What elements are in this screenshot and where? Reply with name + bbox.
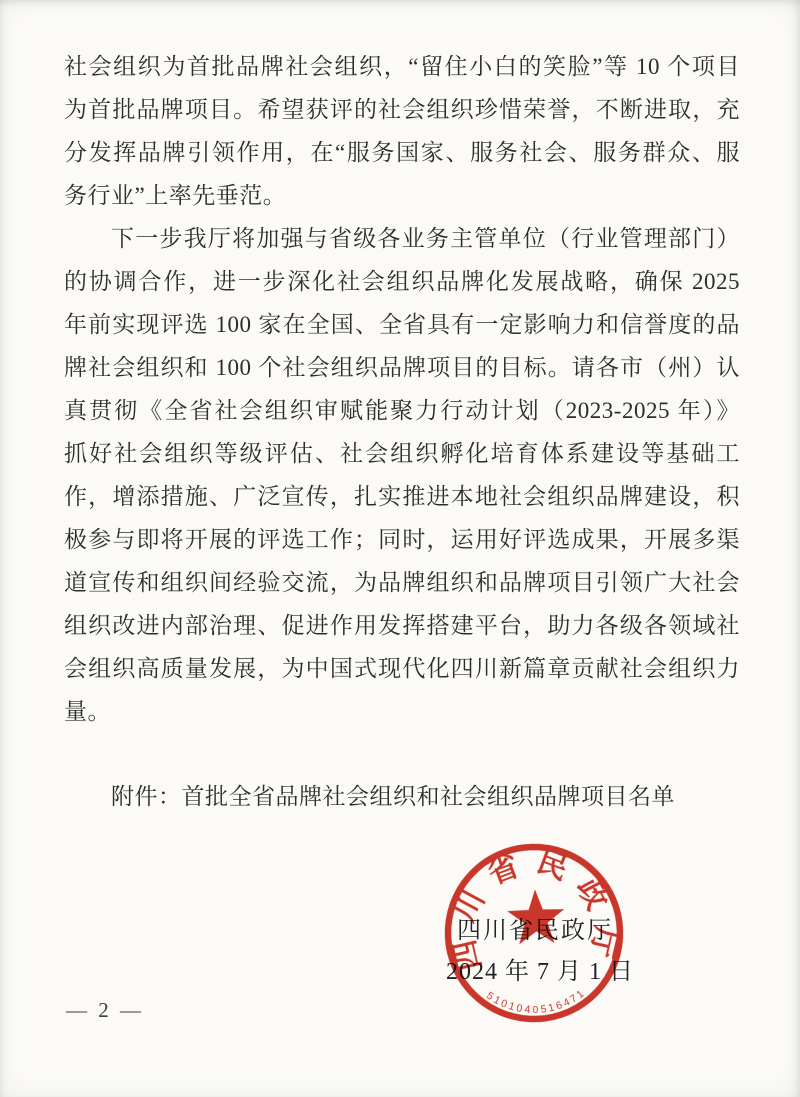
- body-line: 组织改进内部治理、促进作用发挥搭建平台，助力各级各领域社: [64, 604, 740, 647]
- body-line: 年前实现评选 100 家在全国、全省具有一定影响力和信誉度的品: [64, 303, 740, 346]
- body-line: 极参与即将开展的评选工作；同时，运用好评选成果，开展多渠: [64, 518, 740, 561]
- body-line: 作，增添措施、广泛宣传，扎实推进本地社会组织品牌建设，积: [64, 475, 740, 518]
- body-line: 下一步我厅将加强与省级各业务主管单位（行业管理部门）: [64, 217, 740, 260]
- body-line: 牌社会组织和 100 个社会组织品牌项目的目标。请各市（州）认: [64, 346, 740, 389]
- attachment-line: 附件：首批全省品牌社会组织和社会组织品牌项目名单: [64, 775, 740, 818]
- body-line: 会组织高质量发展，为中国式现代化四川新篇章贡献社会组织力: [64, 647, 740, 690]
- body-line: 量。: [64, 690, 740, 733]
- body-line: 道宣传和组织间经验交流，为品牌组织和品牌项目引领广大社会: [64, 561, 740, 604]
- body-line: 社会组织为首批品牌社会组织，“留住小白的笑脸”等 10 个项目: [64, 45, 740, 88]
- body-line: 为首批品牌项目。希望获评的社会组织珍惜荣誉，不断进取，充: [64, 88, 740, 131]
- body-line: 真贯彻《全省社会组织审赋能聚力行动计划（2023-2025 年）》: [64, 389, 740, 432]
- official-seal-graphic: 四川省民政厅 5101040516471: [439, 838, 629, 1028]
- document-body: 社会组织为首批品牌社会组织，“留住小白的笑脸”等 10 个项目 为首批品牌项目。…: [64, 45, 740, 818]
- body-line: 抓好社会组织等级评估、社会组织孵化培育体系建设等基础工: [64, 432, 740, 475]
- official-seal: 四川省民政厅 5101040516471: [439, 838, 629, 1028]
- seal-star-icon: [506, 888, 565, 944]
- body-line: 分发挥品牌引领作用，在“服务国家、服务社会、服务群众、服: [64, 131, 740, 174]
- body-line: 的协调合作，进一步深化社会组织品牌化发展战略，确保 2025: [64, 260, 740, 303]
- page-number: — 2 —: [66, 998, 144, 1023]
- body-line: 务行业”上率先垂范。: [64, 174, 740, 217]
